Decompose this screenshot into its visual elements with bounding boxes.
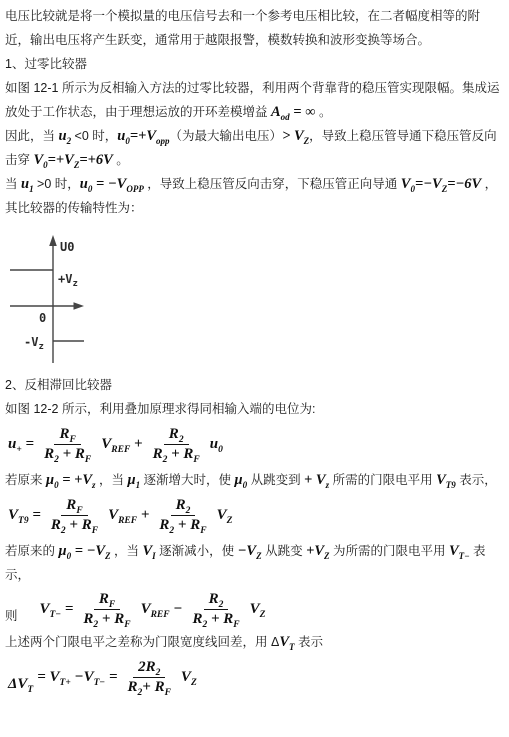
- math-open-loop-gain: Aod = ∞: [271, 104, 316, 120]
- text-threshold-level: 为所需的门限电平用: [330, 544, 449, 558]
- period-text: 。: [316, 105, 332, 119]
- formula-lhs: VT9 =: [8, 507, 41, 524]
- formula-rhs: VZ: [250, 601, 266, 618]
- fraction-denominator: R2 + RF: [78, 610, 135, 628]
- paragraph-upper-threshold: 若原来 μ0 = +Vz ，当 μ1 逐渐增大时，使 μ0 从跳变到 + Vz …: [5, 468, 504, 492]
- document-page: 电压比较就是将一个模拟量的电压信号去和一个参考电压相比较，在二者幅度相等的附近，…: [0, 0, 509, 696]
- math-plus-vz: +VZ: [306, 543, 329, 559]
- fraction: RFR2 + RF: [39, 426, 96, 463]
- formula-vt-plus: VT9 = RFR2 + RF VREF + R2R2 + RF VZ: [8, 497, 504, 534]
- transfer-characteristic-plot: U0 +Vz 0 -Vz: [5, 233, 504, 371]
- fraction-numerator: R2: [204, 591, 229, 610]
- text-difference-of-thresholds: 上述两个门限电平之差称为门限宽度线回差，用 Δ: [5, 635, 279, 649]
- text-gradually-increases: 逐渐增大时，使: [140, 473, 234, 487]
- formula-mid: VREF +: [108, 507, 149, 524]
- math-vi: VI: [143, 543, 156, 559]
- text-when: 当: [5, 177, 21, 191]
- math-vo-equals-minus-6v: V0=−VZ=−6V: [401, 176, 481, 192]
- formula-rhs: VZ: [217, 507, 233, 524]
- origin-label: 0: [39, 311, 46, 325]
- up-arrow-icon: [49, 235, 57, 246]
- math-uo-plus-vz: μ0 = +Vz: [46, 472, 96, 488]
- paragraph-transfer-characteristic-intro: 其比较器的传输特性为：: [5, 196, 504, 220]
- intro-text: 电压比较就是将一个模拟量的电压信号去和一个参考电压相比较，在二者幅度相等的附近，…: [5, 9, 480, 47]
- fraction-denominator: R2 + RF: [46, 516, 103, 534]
- text-denoted: 表示: [295, 635, 323, 649]
- fraction-numerator: RF: [94, 591, 120, 610]
- text-if-originally: 若原来的: [5, 544, 58, 558]
- text-lower-zener-conducts: ，导致上稳压管反向击穿，下稳压管正向导通: [144, 177, 401, 191]
- math-minus-vz: −VZ: [238, 543, 262, 559]
- then-formula-row: 则 VT− = RFR2 + RF VREF − R2R2 + RF VZ: [5, 591, 504, 628]
- formula-lhs: u+ =: [8, 436, 34, 453]
- math-u1: u1: [21, 176, 34, 192]
- figure-12-1-text: 如图 12-1 所示为反相输入方法的过零比较器，利用两个背靠背的稳压管实现限幅。…: [5, 81, 499, 119]
- formula-mid: VREF −: [141, 601, 183, 618]
- math-greater-than-vz: > VZ: [282, 128, 309, 144]
- text-denoted: 表示，: [456, 473, 497, 487]
- fraction-numerator: 2R2: [133, 659, 165, 678]
- fraction-numerator: R2: [171, 497, 196, 516]
- fraction-denominator: R2+ RF: [123, 678, 176, 696]
- text-comma: ，: [481, 177, 497, 191]
- heading-zero-crossing-comparator: 1、过零比较器: [5, 52, 504, 76]
- fraction-numerator: RF: [61, 497, 87, 516]
- fraction: R2R2 + RF: [187, 591, 244, 628]
- formula-lhs: ΔVT: [8, 676, 33, 693]
- fraction-denominator: R2 + RF: [154, 516, 211, 534]
- paragraph-intro: 电压比较就是将一个模拟量的电压信号去和一个参考电压相比较，在二者幅度相等的附近，…: [5, 4, 504, 52]
- text-greater-than-zero: >0 时，: [34, 177, 80, 191]
- math-vt: VT: [279, 634, 294, 650]
- formula-mid: VREF +: [101, 436, 142, 453]
- paragraph-figure-12-1: 如图 12-1 所示为反相输入方法的过零比较器，利用两个背靠背的稳压管实现限幅。…: [5, 76, 504, 124]
- text-jump: 从跳变: [262, 544, 306, 558]
- lower-level-label: -Vz: [24, 335, 44, 352]
- text-gradually-decreases: 逐渐减小，使: [156, 544, 238, 558]
- paragraph-lower-threshold: 若原来的 μ0 = −VZ ，当 VI 逐渐减小，使 −VZ 从跳变 +VZ 为…: [5, 539, 504, 587]
- text-jump-to: 从跳变到: [247, 473, 304, 487]
- fraction: R2R2 + RF: [148, 426, 205, 463]
- paragraph-positive-input-case: 当 u1 >0 时，u0 = −VOPP ，导致上稳压管反向击穿，下稳压管正向导…: [5, 172, 504, 196]
- fraction: RFR2 + RF: [78, 591, 135, 628]
- math-uo: μ0: [235, 472, 248, 488]
- y-axis-label: U0: [60, 240, 74, 254]
- formula-rhs: u0: [210, 436, 223, 453]
- text-when: ，当: [111, 544, 143, 558]
- formula-delta-vt: ΔVT = VT+ −VT− = 2R2R2+ RF VZ: [8, 659, 504, 696]
- formula-rhs: VZ: [181, 669, 197, 686]
- formula-u-plus: u+ = RFR2 + RF VREF + R2R2 + RF u0: [8, 426, 504, 463]
- text-less-than-zero: <0 时，: [71, 129, 117, 143]
- math-vo-equals-plus-6v: V0=+VZ=+6V: [33, 152, 112, 168]
- fraction-numerator: R2: [164, 426, 189, 445]
- text-max-output-voltage: （为最大输出电压）: [170, 129, 283, 143]
- text-threshold-level: 所需的门限电平用: [329, 473, 436, 487]
- paragraph-hysteresis-width: 上述两个门限电平之差称为门限宽度线回差，用 ΔVT 表示: [5, 630, 504, 654]
- math-vt-plus-symbol: VT9: [436, 472, 456, 488]
- math-vt-minus-symbol: VT−: [449, 543, 470, 559]
- formula-mid: = VT+ −VT− =: [37, 669, 117, 686]
- fraction-denominator: R2 + RF: [187, 610, 244, 628]
- fraction-denominator: R2 + RF: [39, 445, 96, 463]
- math-u2: u2: [58, 128, 71, 144]
- math-plus-vz: + Vz: [304, 472, 329, 488]
- math-uo-plus-vopp: u0=+Vopp: [117, 128, 169, 144]
- fraction-numerator: RF: [54, 426, 80, 445]
- math-uo-minus-vz: μ0 = −VZ: [58, 543, 110, 559]
- paragraph-negative-input-case: 因此，当 u2 <0 时，u0=+Vopp（为最大输出电压）> VZ，导致上稳压…: [5, 124, 504, 172]
- fraction: RFR2 + RF: [46, 497, 103, 534]
- text-if-originally: 若原来: [5, 473, 46, 487]
- upper-level-label: +Vz: [58, 272, 78, 289]
- text-then: 则: [5, 606, 18, 626]
- fraction: 2R2R2+ RF: [123, 659, 176, 696]
- right-arrow-icon: [74, 302, 85, 310]
- math-u1: μ1: [127, 472, 140, 488]
- heading-hysteresis-comparator: 2、反相滞回比较器: [5, 373, 504, 397]
- math-uo-minus-vopp: u0 = −VOPP: [80, 176, 144, 192]
- text-when: ，当: [96, 473, 128, 487]
- formula-lhs: VT− =: [40, 601, 74, 618]
- formula-vt-minus: VT− = RFR2 + RF VREF − R2R2 + RF VZ: [40, 591, 266, 628]
- fraction: R2R2 + RF: [154, 497, 211, 534]
- paragraph-figure-12-2: 如图 12-2 所示，利用叠加原理求得同相输入端的电位为:: [5, 397, 504, 421]
- text-therefore: 因此，当: [5, 129, 58, 143]
- text-period: 。: [113, 153, 129, 167]
- fraction-denominator: R2 + RF: [148, 445, 205, 463]
